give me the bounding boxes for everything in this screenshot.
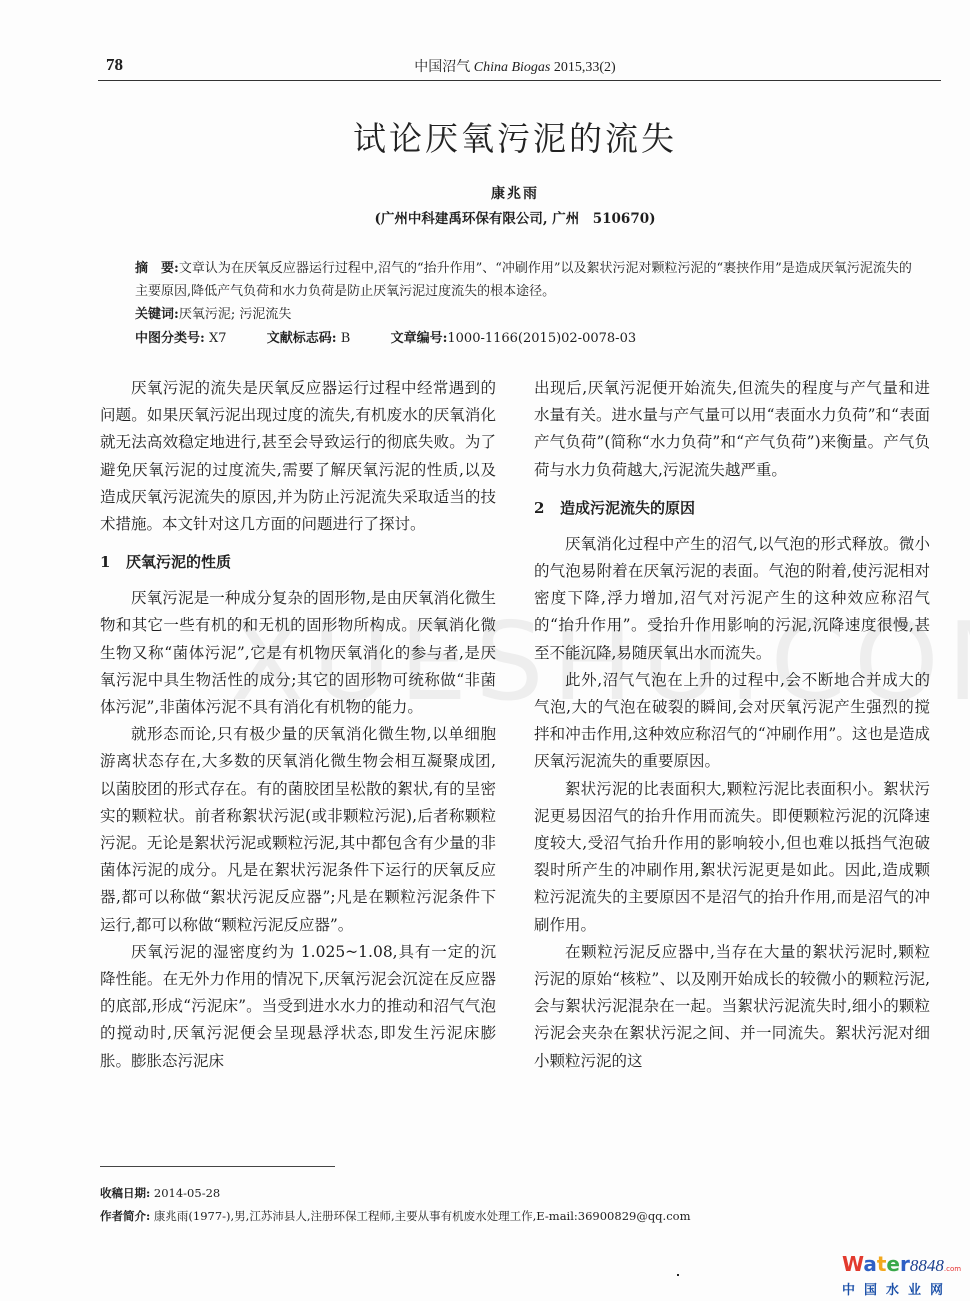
abstract-label: 摘 要: — [135, 261, 179, 276]
journal-name-en: China Biogas — [474, 60, 551, 75]
author-affiliation: (广州中科建禹环保有限公司, 广州 510670) — [0, 207, 970, 227]
doc-code-value: B — [341, 331, 351, 346]
bio-label: 作者简介: — [100, 1209, 150, 1223]
section-heading-1: 1厌氧污泥的性质 — [100, 552, 496, 572]
doc-code-label: 文献标志码: — [267, 331, 337, 346]
abstract: 摘 要:文章认为在厌氧反应器运行过程中,沼气的“抬升作用”、“冲刷作用”以及絮状… — [135, 257, 915, 303]
body-column-right: 出现后,厌氧污泥便开始流失,但流失的程度与产气量和进水量有关。进水量与产气量可以… — [534, 375, 930, 1075]
paragraph: 絮状污泥的比表面积大,颗粒污泥比表面积小。絮状污泥更易因沼气的抬升作用而流失。即… — [534, 776, 930, 939]
logo-letter: a — [863, 1252, 877, 1276]
header-rule — [98, 80, 941, 81]
body-column-left: 厌氧污泥的流失是厌氧反应器运行过程中经常遇到的问题。如果厌氧污泥出现过度的流失,… — [100, 375, 496, 1075]
footnotes: 收稿日期: 2014-05-28 作者简介: 康兆雨(1977-),男,江苏沛县… — [100, 1182, 690, 1228]
logo-cn-name: 中国水业网 — [842, 1279, 962, 1298]
journal-issue: 2015,33(2) — [554, 60, 616, 75]
article-no-value: 1000-1166(2015)02-0078-03 — [447, 331, 636, 346]
paragraph: 厌氧污泥是一种成分复杂的固形物,是由厌氧消化微生物和其它一些有机的和无机的固形物… — [100, 585, 496, 721]
section-heading-2: 2造成污泥流失的原因 — [534, 498, 930, 518]
section-number: 1 — [100, 552, 126, 572]
classification-row: 中图分类号: X7 文献标志码: B 文章编号:1000-1166(2015)0… — [135, 327, 636, 346]
paragraph: 厌氧消化过程中产生的沼气,以气泡的形式释放。微小的气泡易附着在厌氧污泥的表面。气… — [534, 531, 930, 667]
paragraph-intro: 厌氧污泥的流失是厌氧反应器运行过程中经常遇到的问题。如果厌氧污泥出现过度的流失,… — [100, 375, 496, 538]
logo-letter: t — [877, 1252, 887, 1276]
paragraph: 厌氧污泥的湿密度约为 1.025~1.08,具有一定的沉降性能。在无外力作用的情… — [100, 939, 496, 1075]
section-title: 厌氧污泥的性质 — [126, 553, 231, 571]
author-bio: 作者简介: 康兆雨(1977-),男,江苏沛县人,注册环保工程师,主要从事有机废… — [100, 1205, 690, 1228]
section-number: 2 — [534, 498, 560, 518]
keywords-text: 厌氧污泥; 污泥流失 — [179, 307, 292, 322]
paragraph-continued: 出现后,厌氧污泥便开始流失,但流失的程度与产气量和进水量有关。进水量与产气量可以… — [534, 375, 930, 484]
clc-label: 中图分类号: — [135, 331, 205, 346]
water8848-logo[interactable]: Water8848.com 中国水业网 — [842, 1254, 962, 1298]
paragraph: 在颗粒污泥反应器中,当存在大量的絮状污泥时,颗粒污泥的原始“核粒”、以及刚开始成… — [534, 939, 930, 1075]
logo-suffix: .com — [944, 1265, 961, 1273]
scan-speck — [677, 1274, 679, 1276]
logo-letter: r — [900, 1252, 910, 1276]
received-label: 收稿日期: — [100, 1186, 150, 1200]
logo-number: 8848 — [910, 1256, 944, 1275]
section-title: 造成污泥流失的原因 — [560, 499, 695, 517]
footnote-rule — [100, 1166, 335, 1167]
clc-value: X7 — [209, 331, 227, 346]
paragraph: 此外,沼气气泡在上升的过程中,会不断地合并成大的气泡,大的气泡在破裂的瞬间,会对… — [534, 667, 930, 776]
keywords-label: 关键词: — [135, 307, 179, 322]
article-title: 试论厌氧污泥的流失 — [0, 113, 970, 160]
abstract-block: 摘 要:文章认为在厌氧反应器运行过程中,沼气的“抬升作用”、“冲刷作用”以及絮状… — [135, 257, 915, 326]
author-name: 康兆雨 — [0, 183, 970, 203]
journal-name-cn: 中国沼气 — [414, 60, 470, 75]
running-head: 中国沼气 China Biogas 2015,33(2) — [0, 56, 970, 76]
article-no-label: 文章编号: — [391, 331, 448, 346]
received-date: 收稿日期: 2014-05-28 — [100, 1182, 690, 1205]
keywords: 关键词:厌氧污泥; 污泥流失 — [135, 303, 915, 326]
abstract-text: 文章认为在厌氧反应器运行过程中,沼气的“抬升作用”、“冲刷作用”以及絮状污泥对颗… — [135, 261, 912, 299]
paragraph: 就形态而论,只有极少量的厌氧消化微生物,以单细胞游离状态存在,大多数的厌氧消化微… — [100, 721, 496, 939]
received-value: 2014-05-28 — [154, 1186, 220, 1200]
logo-letter: W — [842, 1252, 863, 1276]
bio-text: 康兆雨(1977-),男,江苏沛县人,注册环保工程师,主要从事有机废水处理工作,… — [154, 1209, 691, 1223]
logo-letter: e — [886, 1252, 900, 1276]
